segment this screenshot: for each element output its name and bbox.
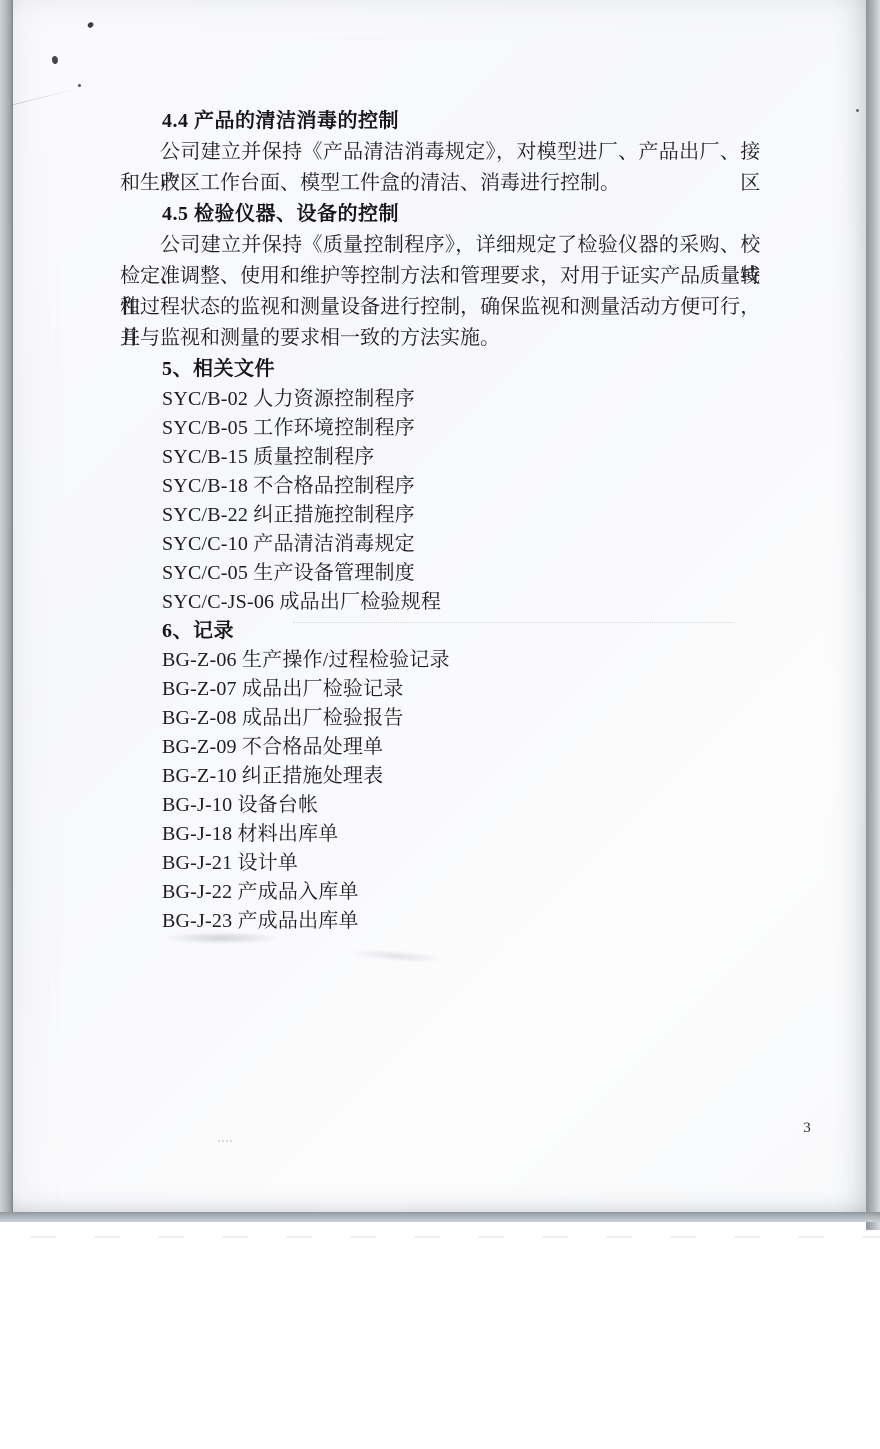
section-heading-5: 5、相关文件 [120, 354, 760, 385]
scanner-edge-left [0, 0, 13, 1218]
paper-sheet: 4.4 产品的清洁消毒的控制 公司建立并保持《产品清洁消毒规定》，对模型进厂、产… [13, 0, 866, 1212]
record-item: BG-Z-07 成品出厂检验记录 [120, 675, 760, 704]
paper-crease [10, 87, 82, 106]
related-document-item: SYC/B-18 不合格品控制程序 [120, 472, 760, 501]
record-item: BG-Z-08 成品出厂检验报告 [120, 704, 760, 733]
record-item: BG-Z-06 生产操作/过程检验记录 [120, 646, 760, 675]
record-item: BG-Z-10 纠正措施处理表 [120, 762, 760, 791]
paragraph-line: 公司建立并保持《产品清洁消毒规定》，对模型进厂、产品出厂、接收区 [120, 137, 760, 168]
scanner-tray-marks [30, 1236, 880, 1238]
paragraph-line: 和过程状态的监视和测量设备进行控制，确保监视和测量活动方便可行，并 [120, 292, 760, 323]
scan-noise-dots [218, 1140, 232, 1142]
scanned-document-page: 4.4 产品的清洁消毒的控制 公司建立并保持《产品清洁消毒规定》，对模型进厂、产… [0, 0, 880, 1449]
paper-bottom-shadow [0, 1212, 880, 1222]
ink-speck [856, 109, 859, 112]
pencil-smudge [349, 948, 445, 965]
record-item: BG-J-21 设计单 [120, 849, 760, 878]
related-document-item: SYC/C-10 产品清洁消毒规定 [120, 530, 760, 559]
record-item: BG-Z-09 不合格品处理单 [120, 733, 760, 762]
paragraph-line: 且与监视和测量的要求相一致的方法实施。 [120, 323, 760, 354]
record-item: BG-J-10 设备台帐 [120, 791, 760, 820]
record-item: BG-J-22 产成品入库单 [120, 878, 760, 907]
scanner-edge-right [866, 0, 880, 1230]
record-item: BG-J-23 产成品出库单 [120, 907, 760, 936]
related-document-item: SYC/B-22 纠正措施控制程序 [120, 501, 760, 530]
related-document-item: SYC/C-JS-06 成品出厂检验规程 [120, 588, 760, 617]
ink-speck [87, 21, 95, 29]
document-body: 4.4 产品的清洁消毒的控制 公司建立并保持《产品清洁消毒规定》，对模型进厂、产… [120, 106, 760, 936]
related-document-item: SYC/B-05 工作环境控制程序 [120, 414, 760, 443]
section-heading-4-5: 4.5 检验仪器、设备的控制 [120, 199, 760, 230]
related-document-item: SYC/B-15 质量控制程序 [120, 443, 760, 472]
related-document-item: SYC/C-05 生产设备管理制度 [120, 559, 760, 588]
paragraph-line: 检定、调整、使用和维护等控制方法和管理要求，对用于证实产品质量特性 [120, 261, 760, 292]
paragraph-line: 公司建立并保持《质量控制程序》，详细规定了检验仪器的采购、校准或 [120, 230, 760, 261]
page-number: 3 [795, 1118, 819, 1138]
ink-speck [51, 55, 59, 65]
related-document-item: SYC/B-02 人力资源控制程序 [120, 385, 760, 414]
section-heading-4-4: 4.4 产品的清洁消毒的控制 [120, 106, 760, 137]
record-item: BG-J-18 材料出库单 [120, 820, 760, 849]
section-heading-6: 6、记录 [120, 617, 760, 646]
ink-speck [78, 84, 81, 87]
